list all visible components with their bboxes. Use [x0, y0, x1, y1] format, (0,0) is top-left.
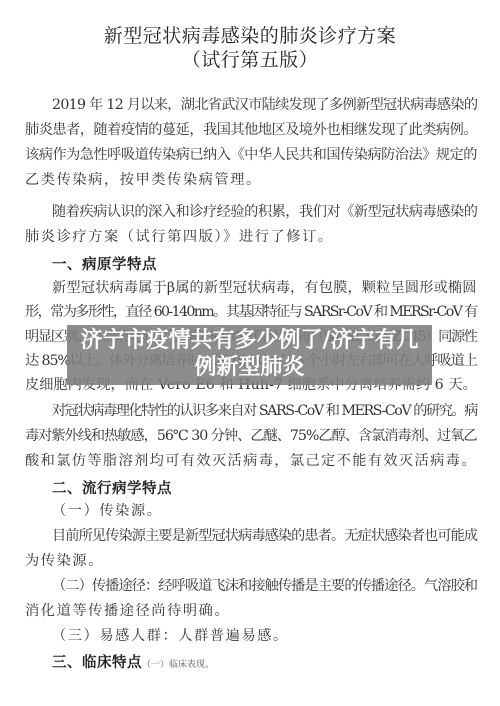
clinical-subheading-note: （一）临床表现。 — [142, 660, 214, 670]
article-title-banner[interactable]: 济宁市疫情共有多少例了/济宁有几 例新型肺炎 — [67, 325, 432, 385]
paragraph-line: 目前所见传染源主要是新型冠状病毒感染的患者。无症状感染者也可能成 — [52, 527, 477, 545]
section-heading-clinical: 三、临床特点（一）临床表现。 — [52, 651, 214, 672]
paragraph-line: 消化道等传播途径尚待明确。 — [25, 602, 477, 620]
paragraph-line: 毒对紫外线和热敏感，56℃ 30 分钟、乙醚、75%乙醇、含氯消毒剂、过氧乙 — [25, 427, 477, 445]
document-title: 新型冠状病毒感染的肺炎诊疗方案 — [0, 21, 500, 48]
banner-title-line1: 济宁市疫情共有多少例了/济宁有几 — [67, 328, 432, 354]
paragraph-line: （二）传播途径：经呼吸道飞沫和接触传播是主要的传播途径。气溶胶和 — [52, 577, 477, 595]
paragraph-line: 对冠状病毒理化特性的认识多来自对 SARS-CoV 和 MERS-CoV 的研究… — [52, 402, 477, 420]
paragraph-line: 新型冠状病毒属于β属的新型冠状病毒，有包膜，颗粒呈圆形或椭圆 — [52, 279, 477, 297]
paragraph-line: 2019 年 12 月以来，湖北省武汉市陆续发现了多例新型冠状病毒感染的 — [52, 96, 477, 114]
paragraph-line: 肺炎患者，随着疫情的蔓延，我国其他地区及境外也相继发现了此类病例。 — [25, 121, 477, 139]
section-heading-pathogen: 一、病原学特点 — [52, 253, 157, 274]
paragraph-line: 为传染源。 — [25, 552, 477, 570]
paragraph-line: 随着疾病认识的深入和诊疗经验的积累，我们对《新型冠状病毒感染的 — [52, 203, 477, 221]
document-subtitle: （试行第五版） — [0, 45, 500, 72]
paragraph-line: 酸和氯仿等脂溶剂均可有效灭活病毒，氯己定不能有效灭活病毒。 — [25, 452, 477, 470]
paragraph-line: 肺炎诊疗方案（试行第四版）》进行了修订。 — [25, 228, 477, 246]
paragraph-line: 该病作为急性呼吸道传染病已纳入《中华人民共和国传染病防治法》规定的 — [25, 146, 477, 164]
paragraph-line: （三）易感人群：人群普遍易感。 — [52, 627, 477, 645]
paragraph-line: 乙类传染病，按甲类传染病管理。 — [25, 171, 477, 189]
paragraph-line: （一）传染源。 — [52, 502, 477, 520]
section-heading-epidemiology: 二、流行病学特点 — [52, 477, 172, 498]
banner-title-line2: 例新型肺炎 — [67, 355, 432, 381]
paragraph-line: 形，常为多形性，直径 60-140nm。其基因特征与 SARSr-CoV 和 M… — [25, 303, 477, 321]
section-heading-clinical-label: 三、临床特点 — [52, 655, 142, 671]
